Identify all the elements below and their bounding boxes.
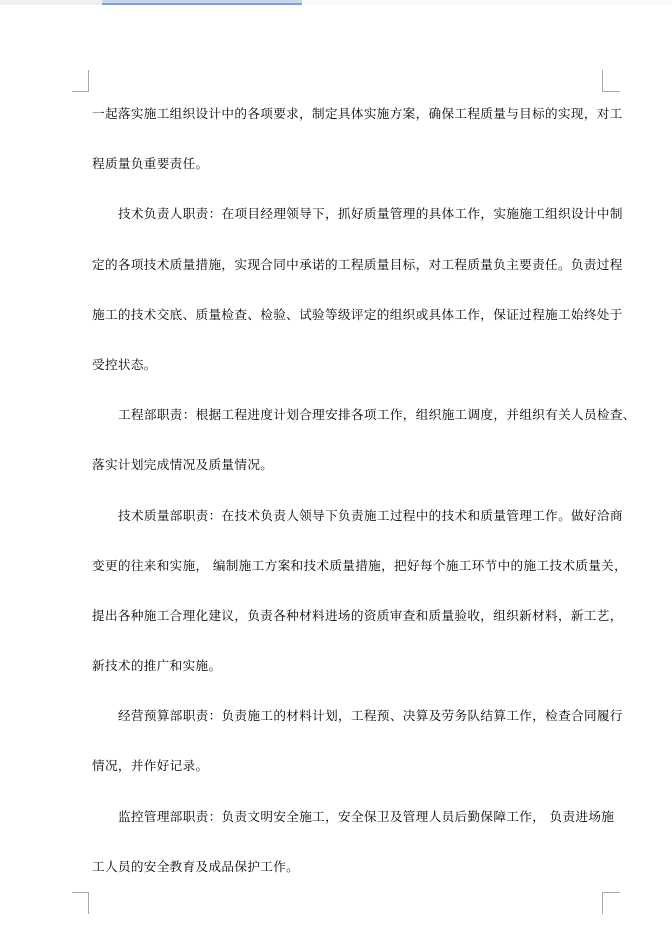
margin-corner-top-right-icon xyxy=(602,70,620,92)
text-line: 定的各项技术质量措施，实现合同中承诺的工程质量目标，对工程质量负主要责任。负责过… xyxy=(92,255,604,305)
text-line: 一起落实施工组织设计中的各项要求，制定具体实施方案，确保工程质量与目标的实现，对… xyxy=(92,104,604,154)
paragraph-first-line-budget-dept: 经营预算部职责：负责施工的材料计划，工程预、决算及劳务队结算工作，检查合同履行 xyxy=(92,706,604,756)
text-line: 工人员的安全教育及成品保护工作。 xyxy=(92,857,604,907)
document-page-body: 一起落实施工组织设计中的各项要求，制定具体实施方案，确保工程质量与目标的实现，对… xyxy=(92,104,604,907)
margin-corner-bottom-left-icon xyxy=(72,892,89,914)
paragraph-first-line-tech-lead: 技术负责人职责：在项目经理领导下，抓好质量管理的具体工作，实施施工组织设计中制 xyxy=(92,204,604,254)
text-line: 程质量负重要责任。 xyxy=(92,154,604,204)
text-line: 变更的往来和实施， 编制施工方案和技术质量措施，把好每个施工环节中的施工技术质量… xyxy=(92,556,604,606)
viewer-top-bar xyxy=(0,0,672,5)
margin-corner-bottom-right-icon xyxy=(602,892,620,914)
text-line: 施工的技术交底、质量检查、检验、试验等级评定的组织或具体工作，保证过程施工始终处… xyxy=(92,305,604,355)
text-line: 落实计划完成情况及质量情况。 xyxy=(92,455,604,505)
top-bar-track xyxy=(0,0,102,5)
scroll-progress-indicator[interactable] xyxy=(102,0,302,5)
margin-corner-top-left-icon xyxy=(72,70,89,92)
paragraph-first-line-tech-quality-dept: 技术质量部职责：在技术负责人领导下负责施工过程中的技术和质量管理工作。做好洽商 xyxy=(92,506,604,556)
text-line: 提出各种施工合理化建议，负责各种材料进场的资质审查和质量验收，组织新材料，新工艺… xyxy=(92,606,604,656)
text-line: 受控状态。 xyxy=(92,355,604,405)
paragraph-first-line-monitoring-dept: 监控管理部职责：负责文明安全施工，安全保卫及管理人员后勤保障工作， 负责进场施 xyxy=(92,807,604,857)
text-line: 情况，并作好记录。 xyxy=(92,756,604,806)
paragraph-first-line-engineering-dept: 工程部职责：根据工程进度计划合理安排各项工作，组织施工调度，并组织有关人员检查、 xyxy=(92,405,604,455)
text-line: 新技术的推广和实施。 xyxy=(92,656,604,706)
